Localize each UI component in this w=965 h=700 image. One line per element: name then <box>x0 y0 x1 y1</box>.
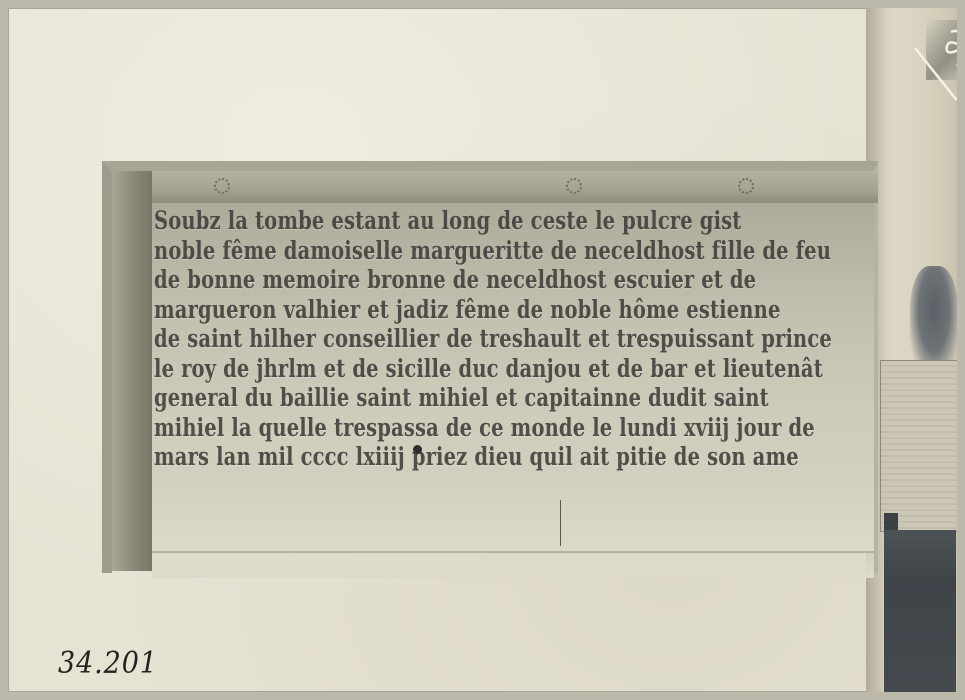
small-text-plaque <box>880 360 957 532</box>
inscription-line: general du baillie saint mihiel et capit… <box>154 383 700 413</box>
inventory-number: 34.201 <box>58 646 158 681</box>
inscription-line: de saint hilher conseillier de treshault… <box>154 324 700 354</box>
archival-photograph: Soubz la tombe estant au long de ceste l… <box>8 8 957 692</box>
rosette-ornament <box>214 178 230 194</box>
inscription-line: le roy de jhrlm et de sicille duc danjou… <box>154 354 700 384</box>
slab-ledge <box>152 551 874 553</box>
gothic-inscription: Soubz la tombe estant au long de ceste l… <box>154 206 854 472</box>
inscription-line: mihiel la quelle trespassa de ce monde l… <box>154 413 700 443</box>
inscription-line: margueron valhier et jadiz fême de noble… <box>154 295 700 325</box>
drill-hole <box>413 445 422 454</box>
inscription-line: mars lan mil cccc lxiiij priez dieu quil… <box>154 442 700 472</box>
inscription-line: de bonne memoire bronne de neceldhost es… <box>154 265 700 295</box>
rosette-ornament <box>566 178 582 194</box>
dark-pedestal <box>884 530 956 692</box>
slab-lower-fade <box>152 488 874 578</box>
stone-crack <box>560 500 561 546</box>
photo-mount: Soubz la tombe estant au long de ceste l… <box>0 0 965 700</box>
inscription-line: noble fême damoiselle margueritte de nec… <box>154 236 700 266</box>
epitaph-frame-left-band <box>112 171 152 571</box>
corner-number-mark <box>913 20 957 100</box>
inscription-line: Soubz la tombe estant au long de ceste l… <box>154 206 700 236</box>
rosette-ornament <box>738 178 754 194</box>
